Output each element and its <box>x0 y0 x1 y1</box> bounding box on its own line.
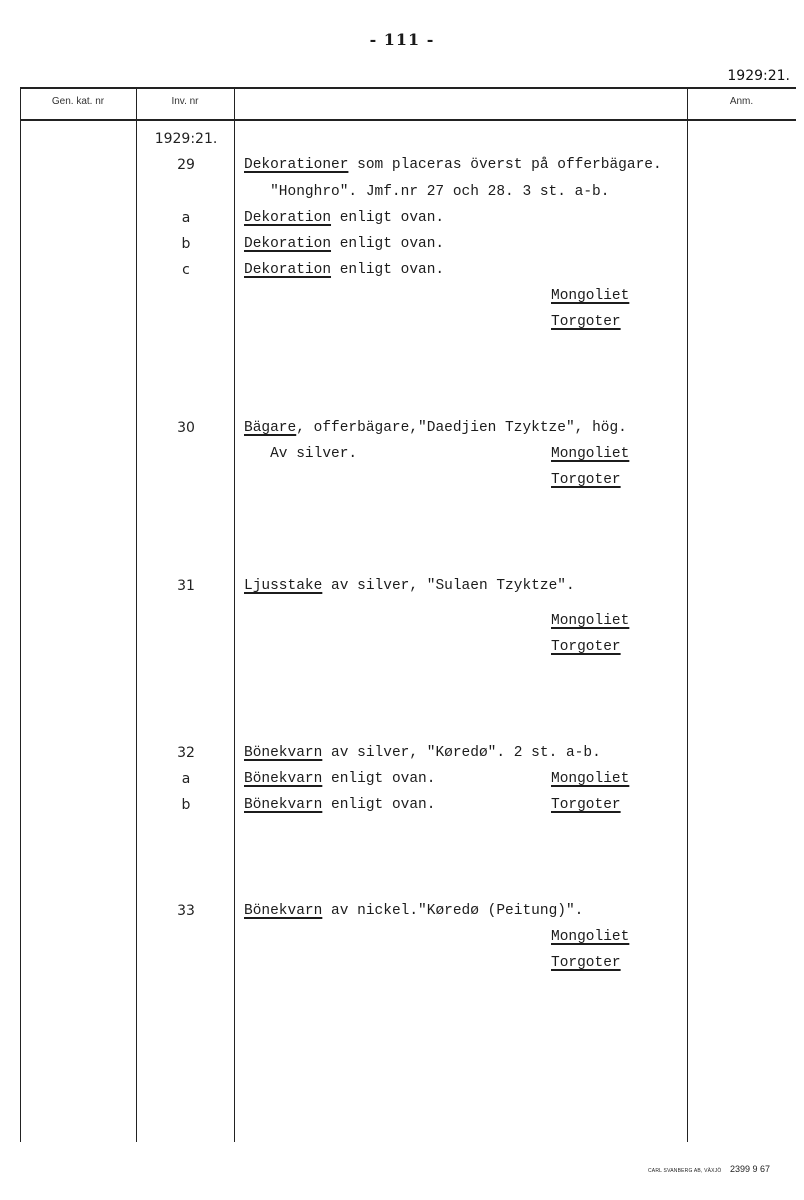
entry-line: Bönekvarn enligt ovan. <box>244 771 435 787</box>
header-gen-kat-nr: Gen. kat. nr <box>20 96 136 107</box>
entry-line: Dekoration enligt ovan. <box>244 236 444 252</box>
entry-line: Av silver. <box>244 446 357 462</box>
entry-text: "Honghro". Jmf.nr 27 och 28. 3 st. a-b. <box>244 184 609 200</box>
classification-region: Mongoliet <box>551 929 629 945</box>
entry-line: Bägare, offerbägare,"Daedjien Tzyktze", … <box>244 420 627 436</box>
classification-people: Torgoter <box>551 472 621 488</box>
inv-number: 30 <box>137 420 235 436</box>
classification-people: Torgoter <box>551 314 621 330</box>
entry-term: Dekorationer <box>244 157 348 173</box>
inv-number: 33 <box>137 903 235 919</box>
form-code: 2399 9 67 <box>730 1164 770 1174</box>
column-divider-desc-anm <box>687 87 688 1142</box>
entry-text: av silver, "Sulaen Tzyktze". <box>322 578 574 594</box>
entry-term: Dekoration <box>244 236 331 252</box>
inv-sub: a <box>137 210 235 226</box>
entry-line: Ljusstake av silver, "Sulaen Tzyktze". <box>244 578 575 594</box>
entry-text: , offerbägare,"Daedjien Tzyktze", hög. <box>296 420 627 436</box>
entry-line: Bönekvarn av nickel."Køredø (Peitung)". <box>244 903 583 919</box>
entry-text: enligt ovan. <box>331 236 444 252</box>
page-number: - 111 - <box>0 30 804 49</box>
entry-line: Dekoration enligt ovan. <box>244 262 444 278</box>
entry-text: Av silver. <box>244 446 357 462</box>
inv-number: 29 <box>137 157 235 173</box>
entry-text: som placeras överst på offerbägare. <box>348 157 661 173</box>
classification-people: Torgoter <box>551 797 621 813</box>
entry-term: Bönekvarn <box>244 903 322 919</box>
classification-people: Torgoter <box>551 955 621 971</box>
entry-term: Dekoration <box>244 262 331 278</box>
entry-term: Bönekvarn <box>244 745 322 761</box>
header-inv-nr: Inv. nr <box>136 96 234 107</box>
classification-region: Mongoliet <box>551 771 629 787</box>
entry-line: Dekoration enligt ovan. <box>244 210 444 226</box>
entry-line: Bönekvarn av silver, "Køredø". 2 st. a-b… <box>244 745 601 761</box>
entry-text: enligt ovan. <box>331 262 444 278</box>
header-anm: Anm. <box>687 96 796 107</box>
classification-region: Mongoliet <box>551 613 629 629</box>
column-divider-left <box>20 87 21 1142</box>
entry-line: Dekorationer som placeras överst på offe… <box>244 157 662 173</box>
inv-prefix: 1929:21. <box>137 131 235 147</box>
inv-sub: a <box>137 771 235 787</box>
entry-term: Dekoration <box>244 210 331 226</box>
classification-people: Torgoter <box>551 639 621 655</box>
entry-line: Bönekvarn enligt ovan. <box>244 797 435 813</box>
entry-text: enligt ovan. <box>322 771 435 787</box>
footer: CARL SVANBERG AB, VÄXJÖ 2399 9 67 <box>648 1159 770 1177</box>
entry-text: enligt ovan. <box>322 797 435 813</box>
printer-imprint: CARL SVANBERG AB, VÄXJÖ <box>648 1168 722 1174</box>
entry-term: Bägare <box>244 420 296 436</box>
entry-term: Ljusstake <box>244 578 322 594</box>
entry-text: enligt ovan. <box>331 210 444 226</box>
inv-number: 32 <box>137 745 235 761</box>
inv-sub: b <box>137 236 235 252</box>
entry-text: av silver, "Køredø". 2 st. a-b. <box>322 745 600 761</box>
inv-sub: b <box>137 797 235 813</box>
classification-region: Mongoliet <box>551 446 629 462</box>
classification-region: Mongoliet <box>551 288 629 304</box>
entry-text: av nickel."Køredø (Peitung)". <box>322 903 583 919</box>
entry-line: "Honghro". Jmf.nr 27 och 28. 3 st. a-b. <box>244 184 609 200</box>
reference-number: 1929:21. <box>727 68 790 84</box>
entry-term: Bönekvarn <box>244 771 322 787</box>
inv-number: 31 <box>137 578 235 594</box>
entry-term: Bönekvarn <box>244 797 322 813</box>
inv-sub: c <box>137 262 235 278</box>
